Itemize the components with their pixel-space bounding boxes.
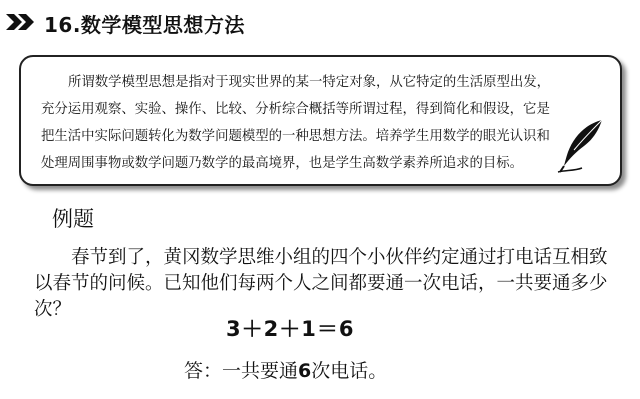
definition-text: 所谓数学模型思想是指对于现实世界的某一特定对象，从它特定的生活原型出发， 充分运… — [41, 69, 571, 177]
problem-text: 春节到了，黄冈数学思维小组的四个小伙伴约定通过打电话互相致 以春节的问候。已知他… — [34, 245, 614, 323]
definition-line: 所谓数学模型思想是指对于现实世界的某一特定对象，从它特定的生活原型出发， — [41, 69, 571, 96]
definition-line: 充分运用观察、实验、操作、比较、分析综合概括等所谓过程，得到简化和假设，它是 — [41, 96, 571, 123]
section-title: 16.数学模型思想方法 — [44, 9, 245, 38]
answer-suffix: 次电话。 — [311, 360, 387, 382]
problem-line: 以春节的问候。已知他们每两个人之间都要通一次电话，一共要通多少 — [34, 271, 614, 297]
answer-number: 6 — [298, 360, 311, 382]
problem-line: 春节到了，黄冈数学思维小组的四个小伙伴约定通过打电话互相致 — [34, 245, 614, 271]
section-header: 16.数学模型思想方法 — [0, 0, 640, 46]
definition-line: 把生活中实际问题转化为数学问题模型的一种思想方法。培养学生用数学的眼光认识和 — [41, 123, 571, 150]
answer-prefix: 答：一共要通 — [184, 360, 298, 382]
answer: 答：一共要通6次电话。 — [184, 356, 387, 383]
definition-line: 处理周围事物或数学问题乃数学的最高境界，也是学生高数学素养所追求的目标。 — [41, 150, 571, 177]
definition-box: 所谓数学模型思想是指对于现实世界的某一特定对象，从它特定的生活原型出发， 充分运… — [19, 55, 622, 186]
equation: 3＋2＋1＝6 — [226, 313, 354, 343]
example-heading: 例题 — [52, 203, 94, 233]
quill-pen-icon — [556, 118, 606, 174]
double-chevron-right-icon — [6, 14, 36, 30]
